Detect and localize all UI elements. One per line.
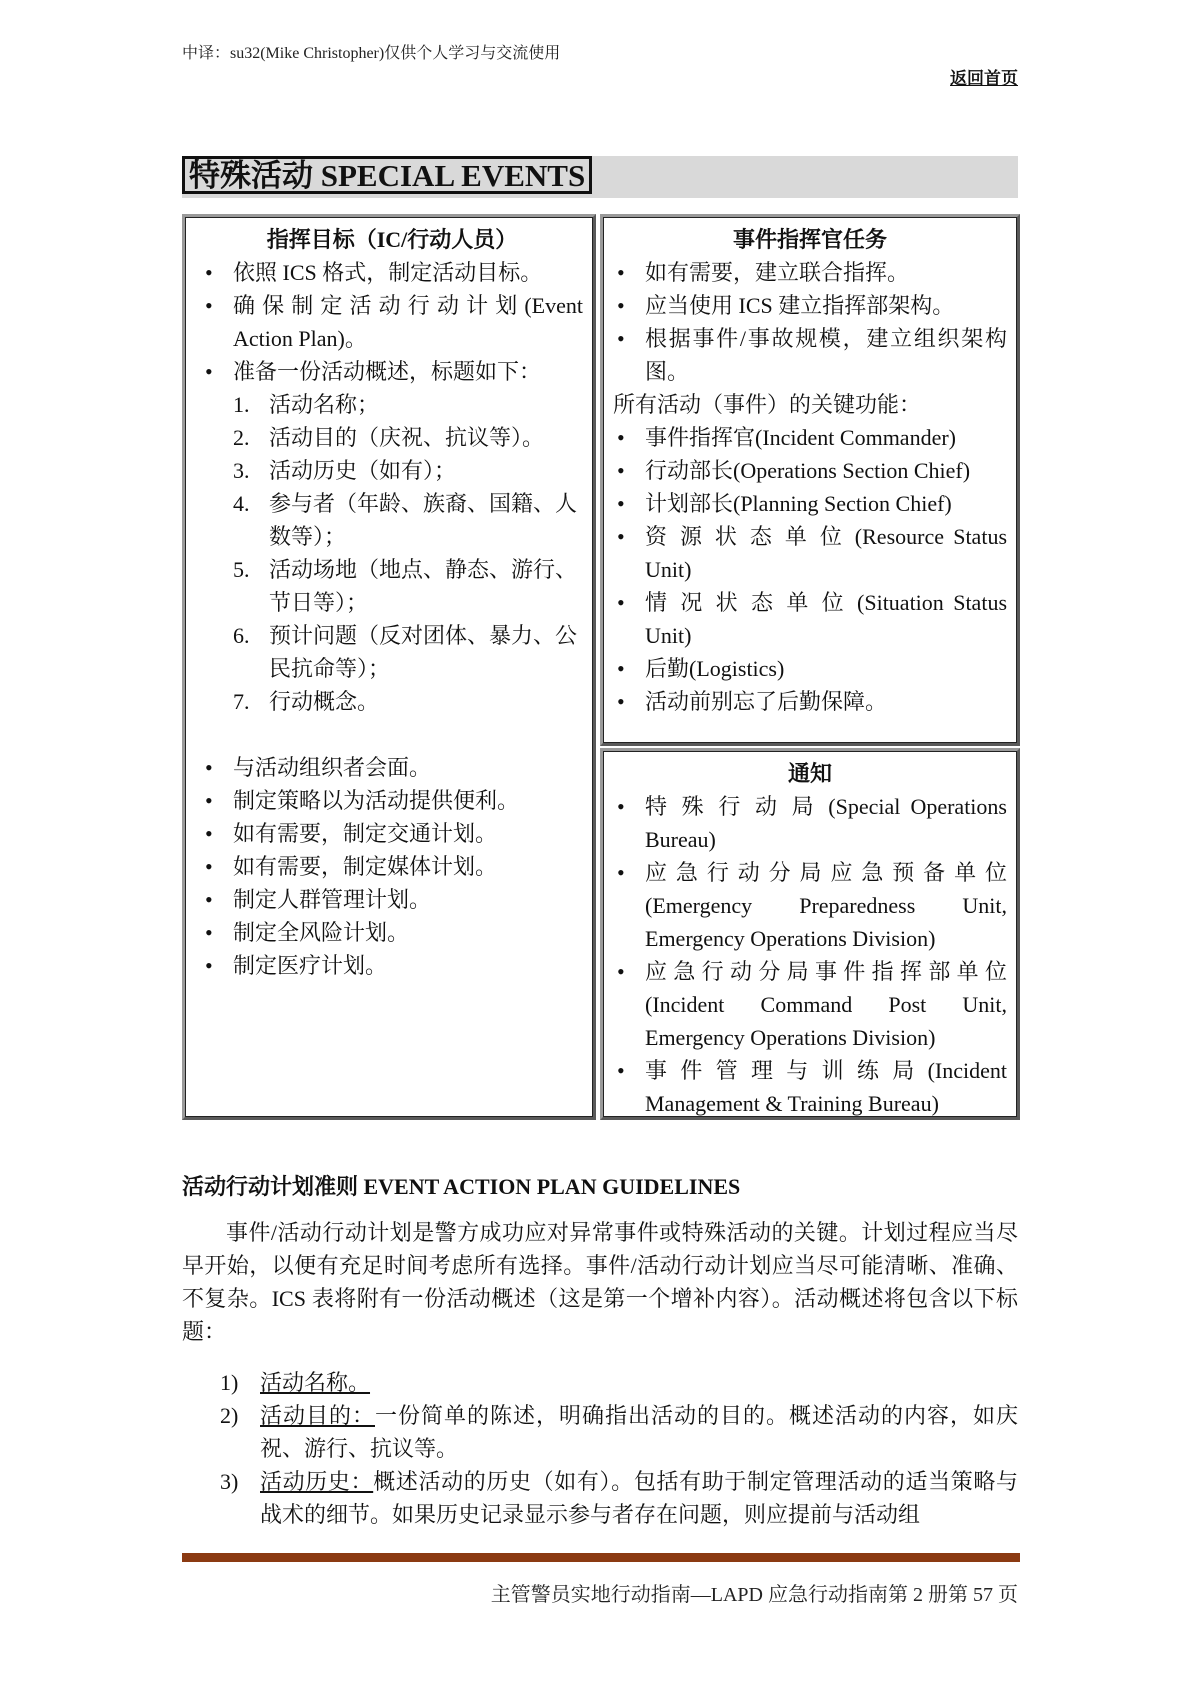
notifications-list: 特 殊 行 动 局 (Special Operations Bureau) 应急… (613, 790, 1007, 1120)
list-item: 6.预计问题（反对团体、暴力、公民抗命等）； (233, 619, 583, 685)
list-item: 应急行动分局事件指挥部单位 (Incident Command Post Uni… (613, 955, 1007, 1054)
ic-tasks-heading: 事件指挥官任务 (613, 223, 1007, 256)
list-item: 制定人群管理计划。 (201, 883, 583, 916)
watermark-text: 中译：su32(Mike Christopher)仅供个人学习与交流使用 (182, 40, 560, 63)
command-objectives-cell: 指挥目标（IC/行动人员） 依照 ICS 格式，制定活动目标。 确 保 制 定 … (182, 214, 596, 1120)
list-item: 7.行动概念。 (233, 685, 583, 718)
guidelines-paragraph: 事件/活动行动计划是警方成功应对异常事件或特殊活动的关键。计划过程应当尽早开始，… (182, 1216, 1018, 1348)
list-item: 如有需要，制定媒体计划。 (201, 850, 583, 883)
footer-page-info: 主管警员实地行动指南—LAPD 应急行动指南第 2 册第 57 页 (491, 1578, 1018, 1607)
objectives-list-top: 依照 ICS 格式，制定活动目标。 确 保 制 定 活 动 行 动 计 划 (E… (201, 256, 583, 388)
objectives-list-bottom: 与活动组织者会面。 制定策略以为活动提供便利。 如有需要，制定交通计划。 如有需… (201, 751, 583, 982)
list-item: 制定全风险计划。 (201, 916, 583, 949)
list-item: 5.活动场地（地点、静态、游行、节日等）； (233, 553, 583, 619)
list-item: 特 殊 行 动 局 (Special Operations Bureau) (613, 790, 1007, 856)
list-item: 后勤(Logistics) (613, 652, 1007, 685)
list-item: 确 保 制 定 活 动 行 动 计 划 (Event Action Plan)。 (201, 289, 583, 355)
list-item: 行动部长(Operations Section Chief) (613, 454, 1007, 487)
page-title: 特殊活动 SPECIAL EVENTS (182, 156, 592, 194)
list-item: 制定医疗计划。 (201, 949, 583, 982)
list-item: 1)活动名称。 (220, 1366, 1018, 1399)
list-item: 如有需要，制定交通计划。 (201, 817, 583, 850)
list-item: 应当使用 ICS 建立指挥部架构。 (613, 289, 1007, 322)
term-label: 活动目的： (260, 1403, 375, 1428)
summary-headings-list: 1.活动名称； 2.活动目的（庆祝、抗议等）。 3.活动历史（如有）； 4.参与… (201, 388, 583, 718)
footer-rule (182, 1553, 1020, 1562)
ic-tasks-list: 如有需要，建立联合指挥。 应当使用 ICS 建立指挥部架构。 根据事件/事故规模… (613, 256, 1007, 388)
list-item: 3)活动历史：概述活动的历史（如有）。包括有助于制定管理活动的适当策略与战术的细… (220, 1465, 1018, 1531)
list-item: 准备一份活动概述，标题如下： (201, 355, 583, 388)
list-item: 计划部长(Planning Section Chief) (613, 487, 1007, 520)
list-item: 与活动组织者会面。 (201, 751, 583, 784)
term-label: 活动名称。 (260, 1370, 370, 1395)
command-objectives-heading: 指挥目标（IC/行动人员） (201, 223, 583, 256)
key-functions-list: 事件指挥官(Incident Commander) 行动部长(Operation… (613, 421, 1007, 718)
guidelines-heading: 活动行动计划准则 EVENT ACTION PLAN GUIDELINES (182, 1170, 740, 1201)
list-item: 2.活动目的（庆祝、抗议等）。 (233, 421, 583, 454)
list-item: 事 件 管 理 与 训 练 局 (Incident Management & T… (613, 1054, 1007, 1120)
ic-tasks-cell: 事件指挥官任务 如有需要，建立联合指挥。 应当使用 ICS 建立指挥部架构。 根… (600, 214, 1020, 746)
list-item: 依照 ICS 格式，制定活动目标。 (201, 256, 583, 289)
list-item: 3.活动历史（如有）； (233, 454, 583, 487)
list-item: 事件指挥官(Incident Commander) (613, 421, 1007, 454)
list-item: 1.活动名称； (233, 388, 583, 421)
home-link[interactable]: 返回首页 (950, 64, 1018, 89)
term-label: 活动历史： (260, 1469, 373, 1494)
notifications-cell: 通知 特 殊 行 动 局 (Special Operations Bureau)… (600, 748, 1020, 1120)
list-item: 情 况 状 态 单 位 (Situation Status Unit) (613, 586, 1007, 652)
list-item: 资 源 状 态 单 位 (Resource Status Unit) (613, 520, 1007, 586)
events-table: 指挥目标（IC/行动人员） 依照 ICS 格式，制定活动目标。 确 保 制 定 … (182, 214, 1020, 1120)
list-item: 活动前别忘了后勤保障。 (613, 685, 1007, 718)
list-item: 2)活动目的：一份简单的陈述，明确指出活动的目的。概述活动的内容，如庆祝、游行、… (220, 1399, 1018, 1465)
guidelines-list: 1)活动名称。 2)活动目的：一份简单的陈述，明确指出活动的目的。概述活动的内容… (220, 1366, 1018, 1531)
notifications-heading: 通知 (613, 757, 1007, 790)
list-item: 制定策略以为活动提供便利。 (201, 784, 583, 817)
list-item: 应急行动分局应急预备单位 (Emergency Preparedness Uni… (613, 856, 1007, 955)
list-item: 如有需要，建立联合指挥。 (613, 256, 1007, 289)
list-item: 根据事件/事故规模，建立组织架构图。 (613, 322, 1007, 388)
key-functions-subheading: 所有活动（事件）的关键功能： (613, 388, 1007, 421)
list-item: 4.参与者（年龄、族裔、国籍、人数等）； (233, 487, 583, 553)
spacer (201, 718, 583, 751)
